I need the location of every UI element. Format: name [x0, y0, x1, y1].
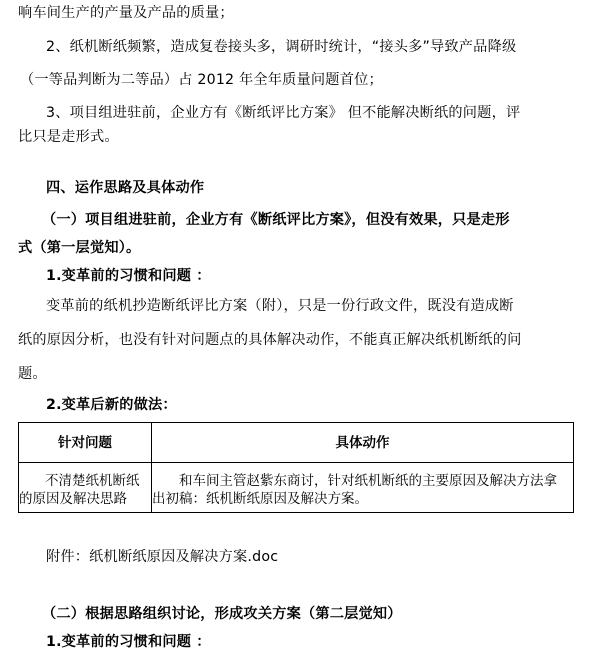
table-header-problem: 针对问题 [19, 433, 151, 453]
paragraph-line: （一等品判断为二等品）占 2012 年全年质量问题首位； [20, 70, 383, 90]
table-cell-action: 出初稿：纸机断纸原因及解决方案。 [152, 489, 368, 509]
paragraph-line: 2、纸机断纸频繁，造成复卷接头多，调研时统计，“接头多”导致产品降级 [46, 37, 516, 57]
item-heading: 2.变革后新的做法： [46, 395, 177, 415]
paragraph-line: 比只是走形式。 [18, 127, 119, 147]
item-heading: 1.变革前的习惯和问题 ： [46, 266, 211, 286]
paragraph-line: 变革前的纸机抄造断纸评比方案（附），只是一份行政文件，既没有造成断 [46, 296, 514, 316]
attachment-link[interactable]: 附件：纸机断纸原因及解决方案.doc [46, 547, 278, 567]
paragraph-line: 题。 [18, 364, 47, 384]
table-row-divider [19, 462, 573, 463]
action-table: 针对问题 具体动作 不清楚纸机断纸 的原因及解决思路 和车间主管赵紫东商讨，针对… [18, 422, 574, 513]
table-header-action: 具体动作 [152, 433, 573, 453]
table-cell-action: 和车间主管赵紫东商讨，针对纸机断纸的主要原因及解决方法拿 [179, 471, 557, 491]
section-heading: 四、运作思路及具体动作 [46, 178, 204, 198]
subsection-heading: （二）根据思路组织讨论，形成攻关方案（第二层觉知） [42, 604, 402, 624]
subsection-heading: 式（第一层觉知）。 [18, 238, 140, 258]
paragraph-line: 纸的原因分析，也没有针对问题点的具体解决动作，不能真正解决纸机断纸的问 [18, 330, 522, 350]
paragraph-line: 响车间生产的产量及产品的质量； [18, 3, 234, 23]
subsection-heading: （一）项目组进驻前，企业方有《断纸评比方案》，但没有效果，只是走形 [42, 210, 510, 230]
table-cell-problem: 的原因及解决思路 [19, 489, 127, 509]
paragraph-line: 3、项目组进驻前，企业方有《断纸评比方案》 但不能解决断纸的问题，评 [46, 103, 520, 123]
item-heading: 1.变革前的习惯和问题 ： [46, 632, 211, 652]
table-cell-problem: 不清楚纸机断纸 [45, 471, 140, 491]
